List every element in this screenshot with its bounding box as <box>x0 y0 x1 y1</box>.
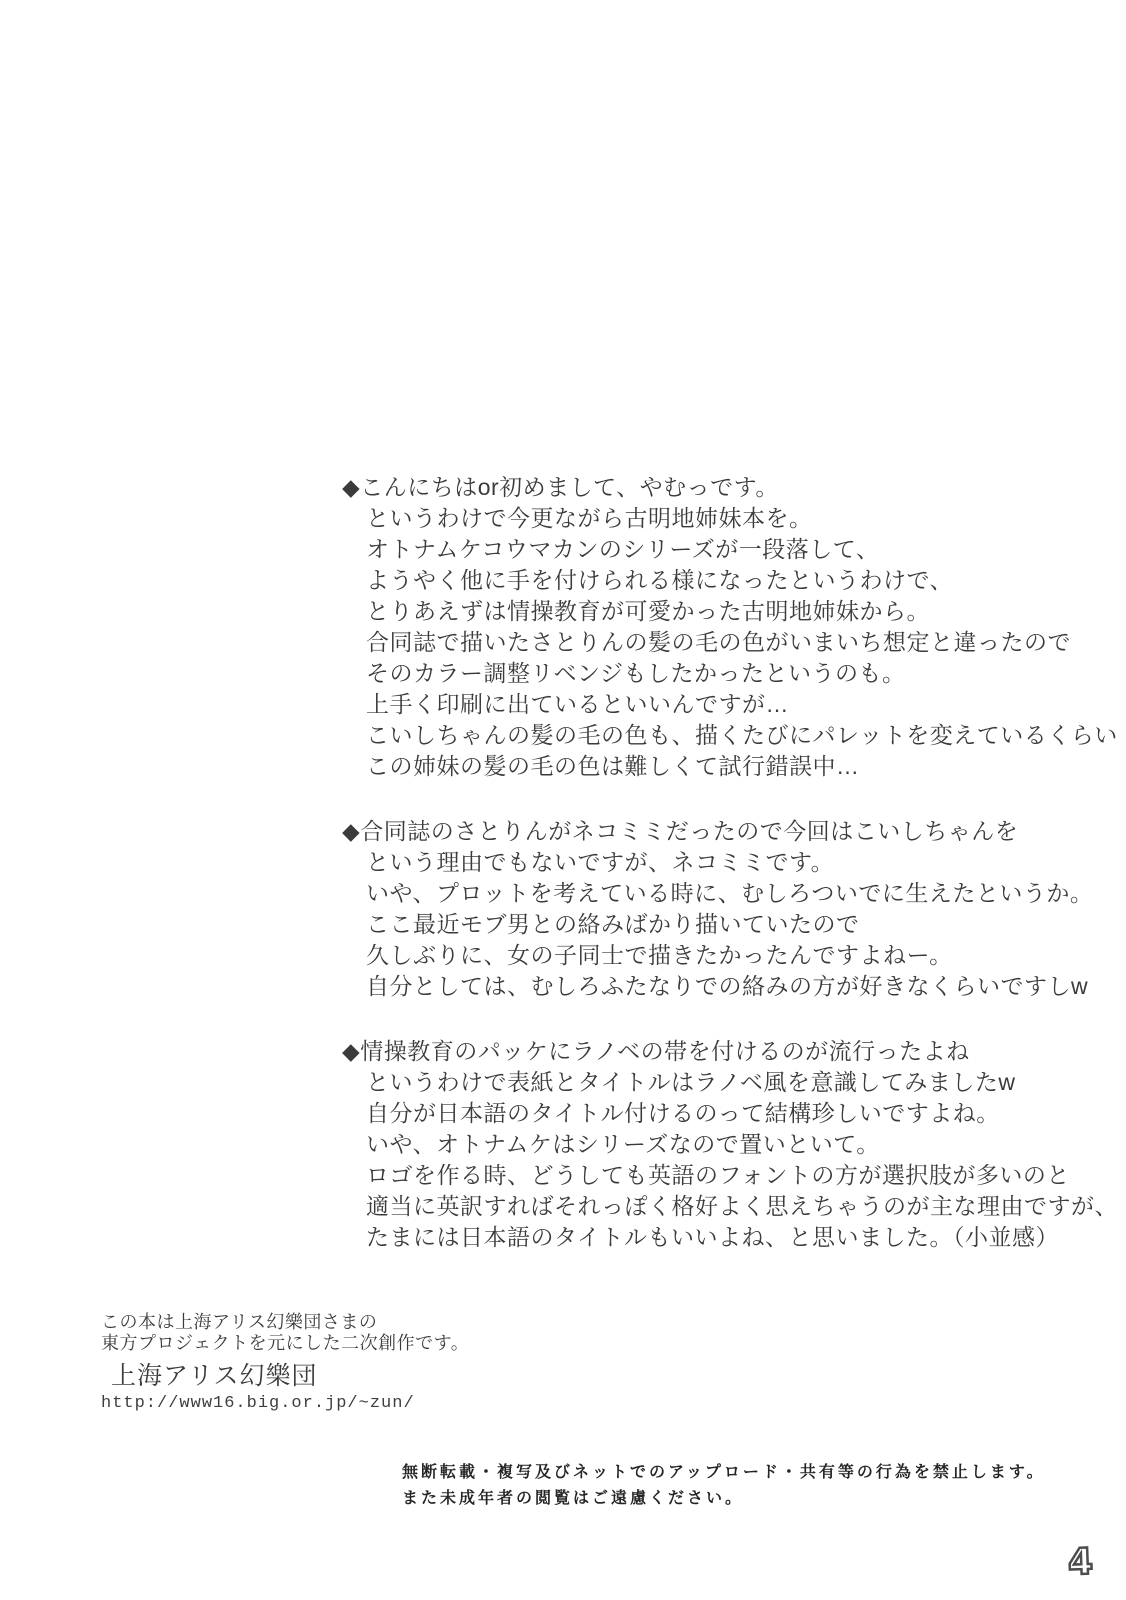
afterword-line: いや、プロットを考えている時に、むしろついでに生えたというか。 <box>342 878 1062 909</box>
afterword-line: この姉妹の髪の毛の色は難しくて試行錯誤中… <box>342 751 1062 782</box>
afterword-line: ロゴを作る時、どうしても英語のフォントの方が選択肢が多いのと <box>342 1160 1062 1191</box>
afterword-line: 適当に英訳すればそれっぽく格好よく思えちゃうのが主な理由ですが、 <box>342 1191 1062 1222</box>
afterword-paragraph-2: ◆合同誌のさとりんがネコミミだったので今回はこいしちゃんを という理由でもないで… <box>342 816 1062 1002</box>
afterword-line: こいしちゃんの髪の毛の色も、描くたびにパレットを変えているくらい <box>342 720 1062 751</box>
afterword-line: いや、オトナムケはシリーズなので置いといて。 <box>342 1129 1062 1160</box>
afterword-line: たまには日本語のタイトルもいいよね、と思いました。（小並感） <box>342 1222 1062 1253</box>
afterword-line: ここ最近モブ男との絡みばかり描いていたので <box>342 909 1062 940</box>
afterword-line: 久しぶりに、女の子同士で描きたかったんですよねー。 <box>342 940 1062 971</box>
afterword-line: ◆情操教育のパッケにラノベの帯を付けるのが流行ったよね <box>342 1036 1062 1067</box>
afterword-line: とりあえずは情操教育が可愛かった古明地姉妹から。 <box>342 596 1062 627</box>
afterword-line: オトナムケコウマカンのシリーズが一段落して、 <box>342 534 1062 565</box>
afterword-paragraph-1: ◆こんにちはor初めまして、やむっです。 というわけで今更ながら古明地姉妹本を。… <box>342 472 1062 782</box>
afterword-line: 合同誌で描いたさとりんの髪の毛の色がいまいち想定と違ったので <box>342 627 1062 658</box>
afterword-line: というわけで今更ながら古明地姉妹本を。 <box>342 503 1062 534</box>
afterword-line: そのカラー調整リベンジもしたかったというのも。 <box>342 658 1062 689</box>
credit-disclaimer-line-2: 東方プロジェクトを元にした二次創作です。 <box>101 1333 469 1354</box>
afterword-line: 自分が日本語のタイトル付けるのって結構珍しいですよね。 <box>342 1098 1062 1129</box>
circle-name: 上海アリス幻樂団 <box>111 1362 469 1390</box>
afterword-line: という理由でもないですが、ネコミミです。 <box>342 847 1062 878</box>
copyright-notice-line-1: 無断転載・複写及びネットでのアップロード・共有等の行為を禁止します。 <box>402 1460 1046 1486</box>
credit-block: この本は上海アリス幻樂団さまの 東方プロジェクトを元にした二次創作です。 上海ア… <box>101 1312 469 1413</box>
page-number: 4 <box>1067 1542 1093 1584</box>
afterword-line: ◆合同誌のさとりんがネコミミだったので今回はこいしちゃんを <box>342 816 1062 847</box>
copyright-notice-line-2: また未成年者の閲覧はご遠慮ください。 <box>402 1486 1046 1512</box>
circle-url: http://www16.big.or.jp/~zun/ <box>101 1394 469 1413</box>
afterword-line: ◆こんにちはor初めまして、やむっです。 <box>342 472 1062 503</box>
afterword-line: 自分としては、むしろふたなりでの絡みの方が好きなくらいですしw <box>342 971 1062 1002</box>
afterword-line: というわけで表紙とタイトルはラノベ風を意識してみましたw <box>342 1067 1062 1098</box>
copyright-notice: 無断転載・複写及びネットでのアップロード・共有等の行為を禁止します。 また未成年… <box>402 1460 1046 1512</box>
afterword-line: ようやく他に手を付けられる様になったというわけで、 <box>342 565 1062 596</box>
afterword-text-block: ◆こんにちはor初めまして、やむっです。 というわけで今更ながら古明地姉妹本を。… <box>342 472 1062 1253</box>
credit-disclaimer-line-1: この本は上海アリス幻樂団さまの <box>101 1312 469 1333</box>
afterword-line: 上手く印刷に出ているといいんですが… <box>342 689 1062 720</box>
afterword-page: ◆こんにちはor初めまして、やむっです。 というわけで今更ながら古明地姉妹本を。… <box>0 0 1126 1600</box>
afterword-paragraph-3: ◆情操教育のパッケにラノベの帯を付けるのが流行ったよね というわけで表紙とタイト… <box>342 1036 1062 1253</box>
